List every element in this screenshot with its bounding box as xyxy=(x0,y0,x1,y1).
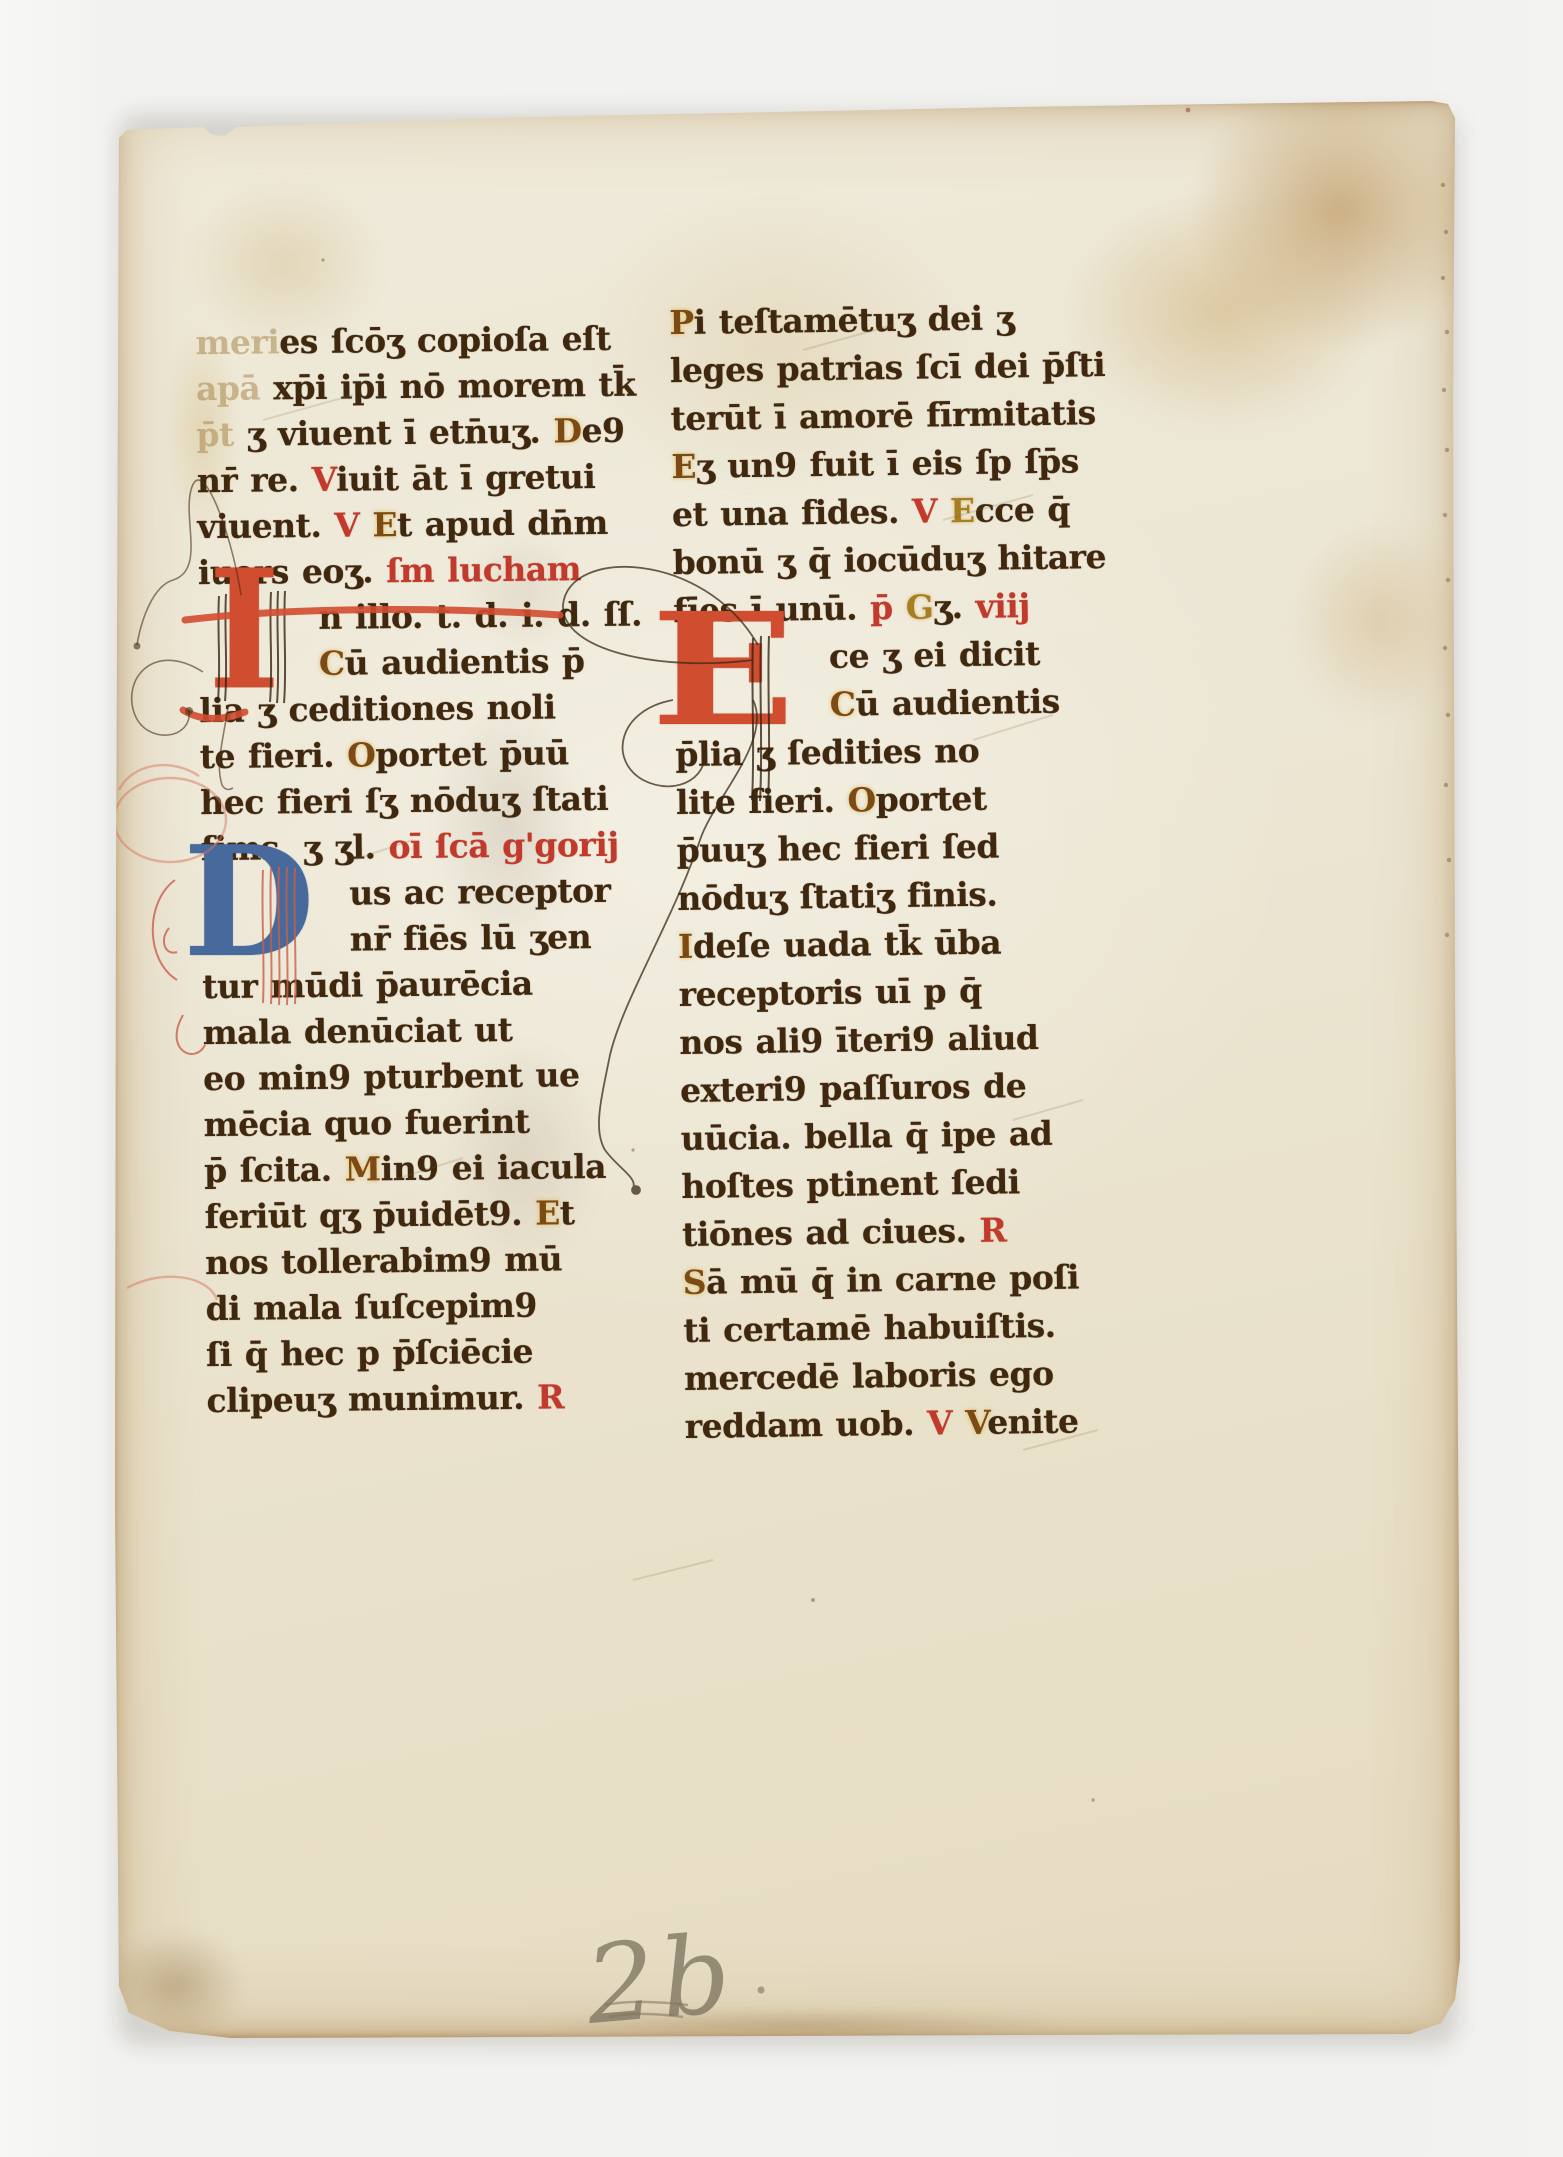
text-segment: M xyxy=(344,1149,380,1188)
text-segment: V xyxy=(927,1403,966,1443)
text-segment: ʒ viuent ī etn̄uʒ. xyxy=(247,411,554,453)
text-segment: V xyxy=(311,460,336,499)
text-line: reddam uob. V Venite xyxy=(684,1397,1121,1451)
text-line: feriūt qʒ p̄uidēt9. Et xyxy=(204,1190,618,1240)
text-segment: V xyxy=(912,491,951,531)
text-segment: te fieri. xyxy=(200,736,348,777)
text-segment: C xyxy=(829,685,855,724)
text-line: nos tollerabim9 mū xyxy=(205,1236,619,1286)
text-segment: E xyxy=(535,1193,560,1232)
text-line: p̄t ʒ viuent ī etn̄uʒ. De9 xyxy=(196,408,610,458)
text-segment: ā mū q̄ in carne poſi xyxy=(706,1257,1080,1301)
pencil-inscription: 2b xyxy=(581,1900,875,2094)
text-line: Sā mū q̄ in carne poſi xyxy=(682,1253,1119,1307)
text-segment: deſe uada tk̄ ūba xyxy=(693,923,1002,966)
text-segment: iuit āt ī gretui xyxy=(336,457,596,499)
text-segment: es ſcōʒ copioſa eſt xyxy=(279,319,611,361)
text-line: receptoris uī p q̄ xyxy=(678,965,1115,1019)
text-line: uūcia. bella q̄ ipe ad xyxy=(680,1109,1117,1163)
text-line: mala denūciat ut xyxy=(202,1006,616,1056)
text-segment: ti certamē habuiſtis. xyxy=(683,1306,1056,1350)
initial-letter: I xyxy=(208,533,281,727)
text-line: p̄ ſcita. Min9 ei iacula xyxy=(204,1144,618,1194)
text-line: ti certamē habuiſtis. xyxy=(683,1301,1120,1355)
text-segment: E xyxy=(950,491,975,530)
text-segment: meri xyxy=(195,322,279,362)
text-segment: V xyxy=(334,505,373,544)
decorated-initial-e-red: E xyxy=(651,592,795,747)
text-line: mercedē laboris ego xyxy=(684,1349,1121,1403)
text-segment: viij xyxy=(975,586,1030,626)
text-line: lite fieri. Oportet xyxy=(676,773,1113,827)
text-line: eo min9 pturbent ue xyxy=(203,1052,617,1102)
text-segment: p̄t xyxy=(196,415,247,455)
text-segment: receptoris uī p q̄ xyxy=(678,971,981,1014)
text-segment: O xyxy=(847,780,876,819)
text-line: te fieri. Oportet p̄uū xyxy=(200,730,614,780)
text-segment: in9 ei iacula xyxy=(380,1147,606,1188)
text-segment: p̄ xyxy=(870,588,906,627)
text-segment: terūt ī amorē fīrmitatis xyxy=(670,393,1096,438)
text-line: terūt ī amorē fīrmitatis xyxy=(670,389,1107,443)
initial-letter: D xyxy=(183,812,315,991)
stain-right-middle xyxy=(1293,520,1463,720)
text-segment: E xyxy=(372,505,397,544)
text-segment: oī ſcā g'gorij xyxy=(388,825,619,866)
text-segment: R xyxy=(537,1377,564,1416)
text-segment: G xyxy=(905,587,933,626)
text-segment: S xyxy=(682,1263,706,1302)
text-line: leges patrias ſcī dei p̄ſti xyxy=(670,341,1107,395)
text-segment: mercedē laboris ego xyxy=(684,1354,1054,1398)
text-segment: lite fieri. xyxy=(676,781,848,822)
text-segment: ū audientis p̄ xyxy=(344,641,584,683)
text-segment: nr̄ re. xyxy=(197,460,312,500)
text-segment: P xyxy=(669,303,694,342)
text-segment: cce q̄ xyxy=(974,490,1070,530)
text-segment: D xyxy=(553,411,582,450)
text-segment: p̄uuʒ hec fieri ſed xyxy=(676,827,999,870)
text-segment: eo min9 pturbent ue xyxy=(203,1055,580,1098)
text-segment: clipeuʒ munimur. xyxy=(206,1378,537,1420)
parchment-leaf: meries ſcōʒ copioſa eſtapā xp̄i ip̄i nō … xyxy=(113,100,1460,2038)
text-segment: ʒ. xyxy=(933,587,976,627)
text-line: Ideſe uada tk̄ ūba xyxy=(678,917,1115,971)
text-segment: exteri9 paſſuros de xyxy=(680,1066,1027,1110)
text-segment: us ac receptor xyxy=(349,871,611,913)
decorated-initial-d-blue: D xyxy=(183,826,315,978)
text-segment: nos ali9 īteri9 aliud xyxy=(679,1018,1039,1062)
text-segment: mēcia quo fuerint xyxy=(203,1102,529,1144)
initial-letter: E xyxy=(651,578,795,761)
text-segment: nr̄ fiēs lū ʒen xyxy=(350,917,592,959)
text-line: nōduʒ ſtatiʒ finis. xyxy=(677,869,1114,923)
text-segment: O xyxy=(347,735,376,774)
text-segment: i teſtamētuʒ dei ʒ xyxy=(693,298,1014,341)
text-line: mēcia quo fuerint xyxy=(203,1098,617,1148)
text-segment: bonū ʒ q̄ iocūduʒ hitare xyxy=(672,537,1106,582)
text-segment: ʒ un9 fuit ī eis ſp ſp̄s xyxy=(696,441,1079,485)
text-line: nr̄ re. Viuit āt ī gretui xyxy=(197,454,611,504)
text-segment: tiōnes ad ciues. xyxy=(682,1211,980,1254)
text-segment: ce ʒ ei dicit xyxy=(829,634,1040,676)
text-segment: t xyxy=(560,1193,575,1232)
text-line: Pi teſtamētuʒ dei ʒ xyxy=(669,293,1106,347)
text-line: nos ali9 īteri9 aliud xyxy=(679,1013,1116,1067)
photo-of-manuscript-leaf: { "photo": { "background_color": "#f2f2f… xyxy=(0,0,1563,2157)
text-segment: hoſtes ptinent ſedi xyxy=(681,1162,1020,1206)
text-line: clipeuʒ munimur. R xyxy=(206,1374,620,1424)
text-segment: di mala ſuſcepim9 xyxy=(205,1286,537,1328)
text-segment: xp̄i ip̄i nō morem tk̄ xyxy=(273,365,636,408)
stain-top-right-blotch xyxy=(1063,190,1383,430)
text-line: et una fides. V Ecce q̄ xyxy=(672,485,1109,539)
text-segment: mala denūciat ut xyxy=(202,1010,512,1052)
text-segment: portet xyxy=(875,779,986,820)
text-segment: R xyxy=(979,1210,1006,1249)
text-segment: nos tollerabim9 mū xyxy=(205,1239,562,1282)
text-segment: ſi q̄ hec p p̄ſciēcie xyxy=(206,1332,533,1374)
text-segment: et una fides. xyxy=(672,492,912,534)
text-line: ſi q̄ hec p p̄ſciēcie xyxy=(206,1328,620,1378)
text-line: meries ſcōʒ copioſa eſt xyxy=(195,316,609,366)
text-line: apā xp̄i ip̄i nō morem tk̄ xyxy=(196,362,610,412)
text-line: di mala ſuſcepim9 xyxy=(205,1282,619,1332)
text-line: tiōnes ad ciues. R xyxy=(682,1205,1119,1259)
text-column-right: Pi teſtamētuʒ dei ʒleges patrias ſcī dei… xyxy=(669,293,1121,1451)
text-segment: feriūt qʒ p̄uidēt9. xyxy=(204,1194,535,1236)
text-line: Eʒ un9 fuit ī eis ſp ſp̄s xyxy=(671,437,1108,491)
text-segment: nōduʒ ſtatiʒ finis. xyxy=(677,875,997,918)
text-segment: n illo. t. d. i. d. ſſ. xyxy=(318,595,642,637)
text-segment: C xyxy=(319,644,345,683)
text-segment: I xyxy=(678,927,693,966)
text-segment: p̄ ſcita. xyxy=(204,1150,345,1190)
text-segment: portet p̄uū xyxy=(375,733,569,774)
text-segment: E xyxy=(671,447,696,486)
text-segment: e9 xyxy=(581,411,624,450)
text-segment: ſm lucham xyxy=(386,549,581,590)
text-line: p̄uuʒ hec fieri ſed xyxy=(676,821,1113,875)
decorated-initial-i-red: I xyxy=(208,547,281,711)
text-segment: t apud dn̄m xyxy=(397,503,608,544)
text-segment: reddam uob. xyxy=(684,1404,927,1446)
text-line: exteri9 paſſuros de xyxy=(680,1061,1117,1115)
text-segment: apā xyxy=(196,368,274,408)
text-segment: V xyxy=(965,1403,988,1442)
text-segment: ū audientis xyxy=(855,682,1060,724)
text-segment: uūcia. bella q̄ ipe ad xyxy=(680,1114,1052,1158)
text-segment: leges patrias ſcī dei p̄ſti xyxy=(670,345,1106,390)
text-line: hoſtes ptinent ſedi xyxy=(681,1157,1118,1211)
text-segment: enite xyxy=(987,1401,1079,1441)
pencil-inscription-text: 2b xyxy=(581,1911,741,2049)
